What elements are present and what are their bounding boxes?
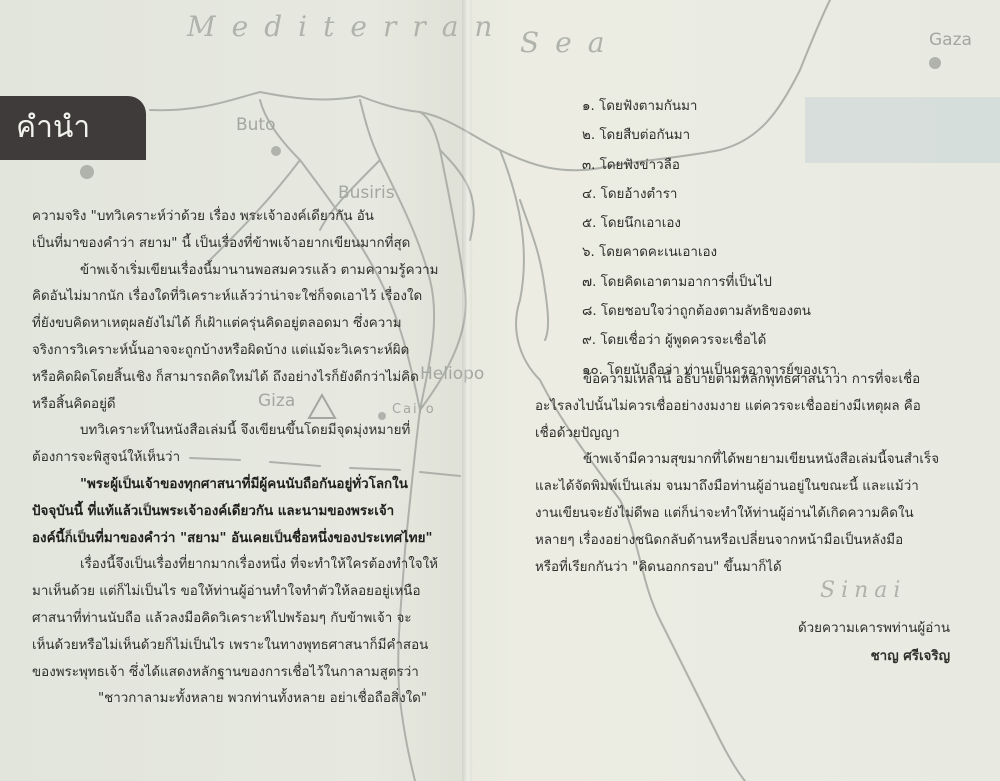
text-line: ปัจจุบันนี้ ที่แท้แล้วเป็นพระเจ้าองค์เดี… (32, 499, 452, 526)
author-name: ชาญ ศรีเจริญ (871, 645, 950, 666)
left-page-body: ความจริง "บทวิเคราะห์ว่าด้วย เรื่อง พระเ… (32, 204, 452, 713)
list-item: ๑. โดยฟังตามกันมา (582, 92, 837, 121)
text-line: มาเห็นด้วย แต่ก็ไม่เป็นไร ขอให้ท่านผู้อ่… (32, 579, 452, 606)
text-line: "ชาวกาลามะทั้งหลาย พวกท่านทั้งหลาย อย่าเ… (32, 686, 452, 713)
text-line: หรือคิดผิดโดยสิ้นเชิง ก็สามารถคิดใหม่ได้… (32, 365, 452, 392)
text-line: เชื่อด้วยปัญญา (535, 421, 965, 448)
map-label-gaza: Gaza (929, 30, 972, 50)
text-line: บทวิเคราะห์ในหนังสือเล่มนี้ จึงเขียนขึ้น… (32, 418, 452, 445)
text-line: ข้าพเจ้ามีความสุขมากที่ได้พยายามเขียนหนั… (535, 447, 965, 474)
text-line: ของพระพุทธเจ้า ซึ่งได้แสดงหลักฐานของการเ… (32, 660, 452, 687)
text-line: หลายๆ เรื่องอย่างชนิดกลับด้านหรือเปลี่ยน… (535, 528, 965, 555)
map-label-buto: Buto (236, 115, 276, 135)
list-item: ๙. โดยเชื่อว่า ผู้พูดควรจะเชื่อได้ (582, 326, 837, 355)
text-line: หรือที่เรียกกันว่า "คิดนอกกรอบ" ขึ้นมาก็… (535, 555, 965, 582)
text-line: คิดอันไม่มากนัก เรื่องใดที่วิเคราะห์แล้ว… (32, 284, 452, 311)
text-line: เรื่องนี้จึงเป็นเรื่องที่ยากมากเรื่องหนึ… (32, 552, 452, 579)
text-line: ที่ยังขบคิดหาเหตุผลยังไม่ได้ ก็เฝ้าแต่คร… (32, 311, 452, 338)
text-line: งานเขียนจะยังไม่ดีพอ แต่ก็น่าจะทำให้ท่าน… (535, 501, 965, 528)
text-line: ต้องการจะพิสูจน์ให้เห็นว่า (32, 445, 452, 472)
right-page-body: ข้อความเหล่านี้ อธิบายตามหลักพุทธศาสนาว่… (535, 367, 965, 581)
list-item: ๗. โดยคิดเอาตามอาการที่เป็นไป (582, 268, 837, 297)
list-item: ๔. โดยอ้างตำรา (582, 180, 837, 209)
list-item: ๕. โดยนึกเอาเอง (582, 209, 837, 238)
text-line: ความจริง "บทวิเคราะห์ว่าด้วย เรื่อง พระเ… (32, 204, 452, 231)
text-line: เห็นด้วยหรือไม่เห็นด้วยก็ไม่เป็นไร เพราะ… (32, 633, 452, 660)
list-item: ๖. โดยคาดคะเนเอาเอง (582, 238, 837, 267)
map-label-sea-left: Mediterran (187, 10, 508, 43)
map-label-sea-right: Sea (520, 26, 620, 59)
list-item: ๓. โดยฟังข่าวลือ (582, 151, 837, 180)
list-item: ๘. โดยชอบใจว่าถูกต้องตามลัทธิของตน (582, 297, 837, 326)
book-gutter (462, 0, 472, 781)
text-line: เป็นที่มาของคำว่า สยาม" นี้ เป็นเรื่องที… (32, 231, 452, 258)
map-label-sinai: Sinai (820, 578, 906, 603)
map-label-busiris: Busiris (338, 183, 395, 203)
text-line: อะไรลงไปนั้นไม่ควรเชื่ออย่างงมงาย แต่ควร… (535, 394, 965, 421)
closing-line: ด้วยความเคารพท่านผู้อ่าน (798, 617, 950, 638)
list-item: ๒. โดยสืบต่อกันมา (582, 121, 837, 150)
text-line: "พระผู้เป็นเจ้าของทุกศาสนาที่มีผู้คนนับถ… (32, 472, 452, 499)
text-line: ข้าพเจ้าเริ่มเขียนเรื่องนี้มานานพอสมควรแ… (32, 258, 452, 285)
text-line: ข้อความเหล่านี้ อธิบายตามหลักพุทธศาสนาว่… (535, 367, 965, 394)
text-line: และได้จัดพิมพ์เป็นเล่ม จนมาถึงมือท่านผู้… (535, 474, 965, 501)
reasons-list: ๑. โดยฟังตามกันมา๒. โดยสืบต่อกันมา๓. โดย… (582, 92, 837, 385)
text-line: องค์นี้ก็เป็นที่มาของคำว่า "สยาม" อันเคย… (32, 526, 452, 553)
text-line: จริงการวิเคราะห์นั้นอาจจะถูกบ้างหรือผิดบ… (32, 338, 452, 365)
page-title: คำนำ (0, 96, 146, 160)
text-line: หรือสิ้นคิดอยู่ดี (32, 392, 452, 419)
text-line: ศาสนาที่ท่านนับถือ แล้วลงมือคิดวิเคราะห์… (32, 606, 452, 633)
